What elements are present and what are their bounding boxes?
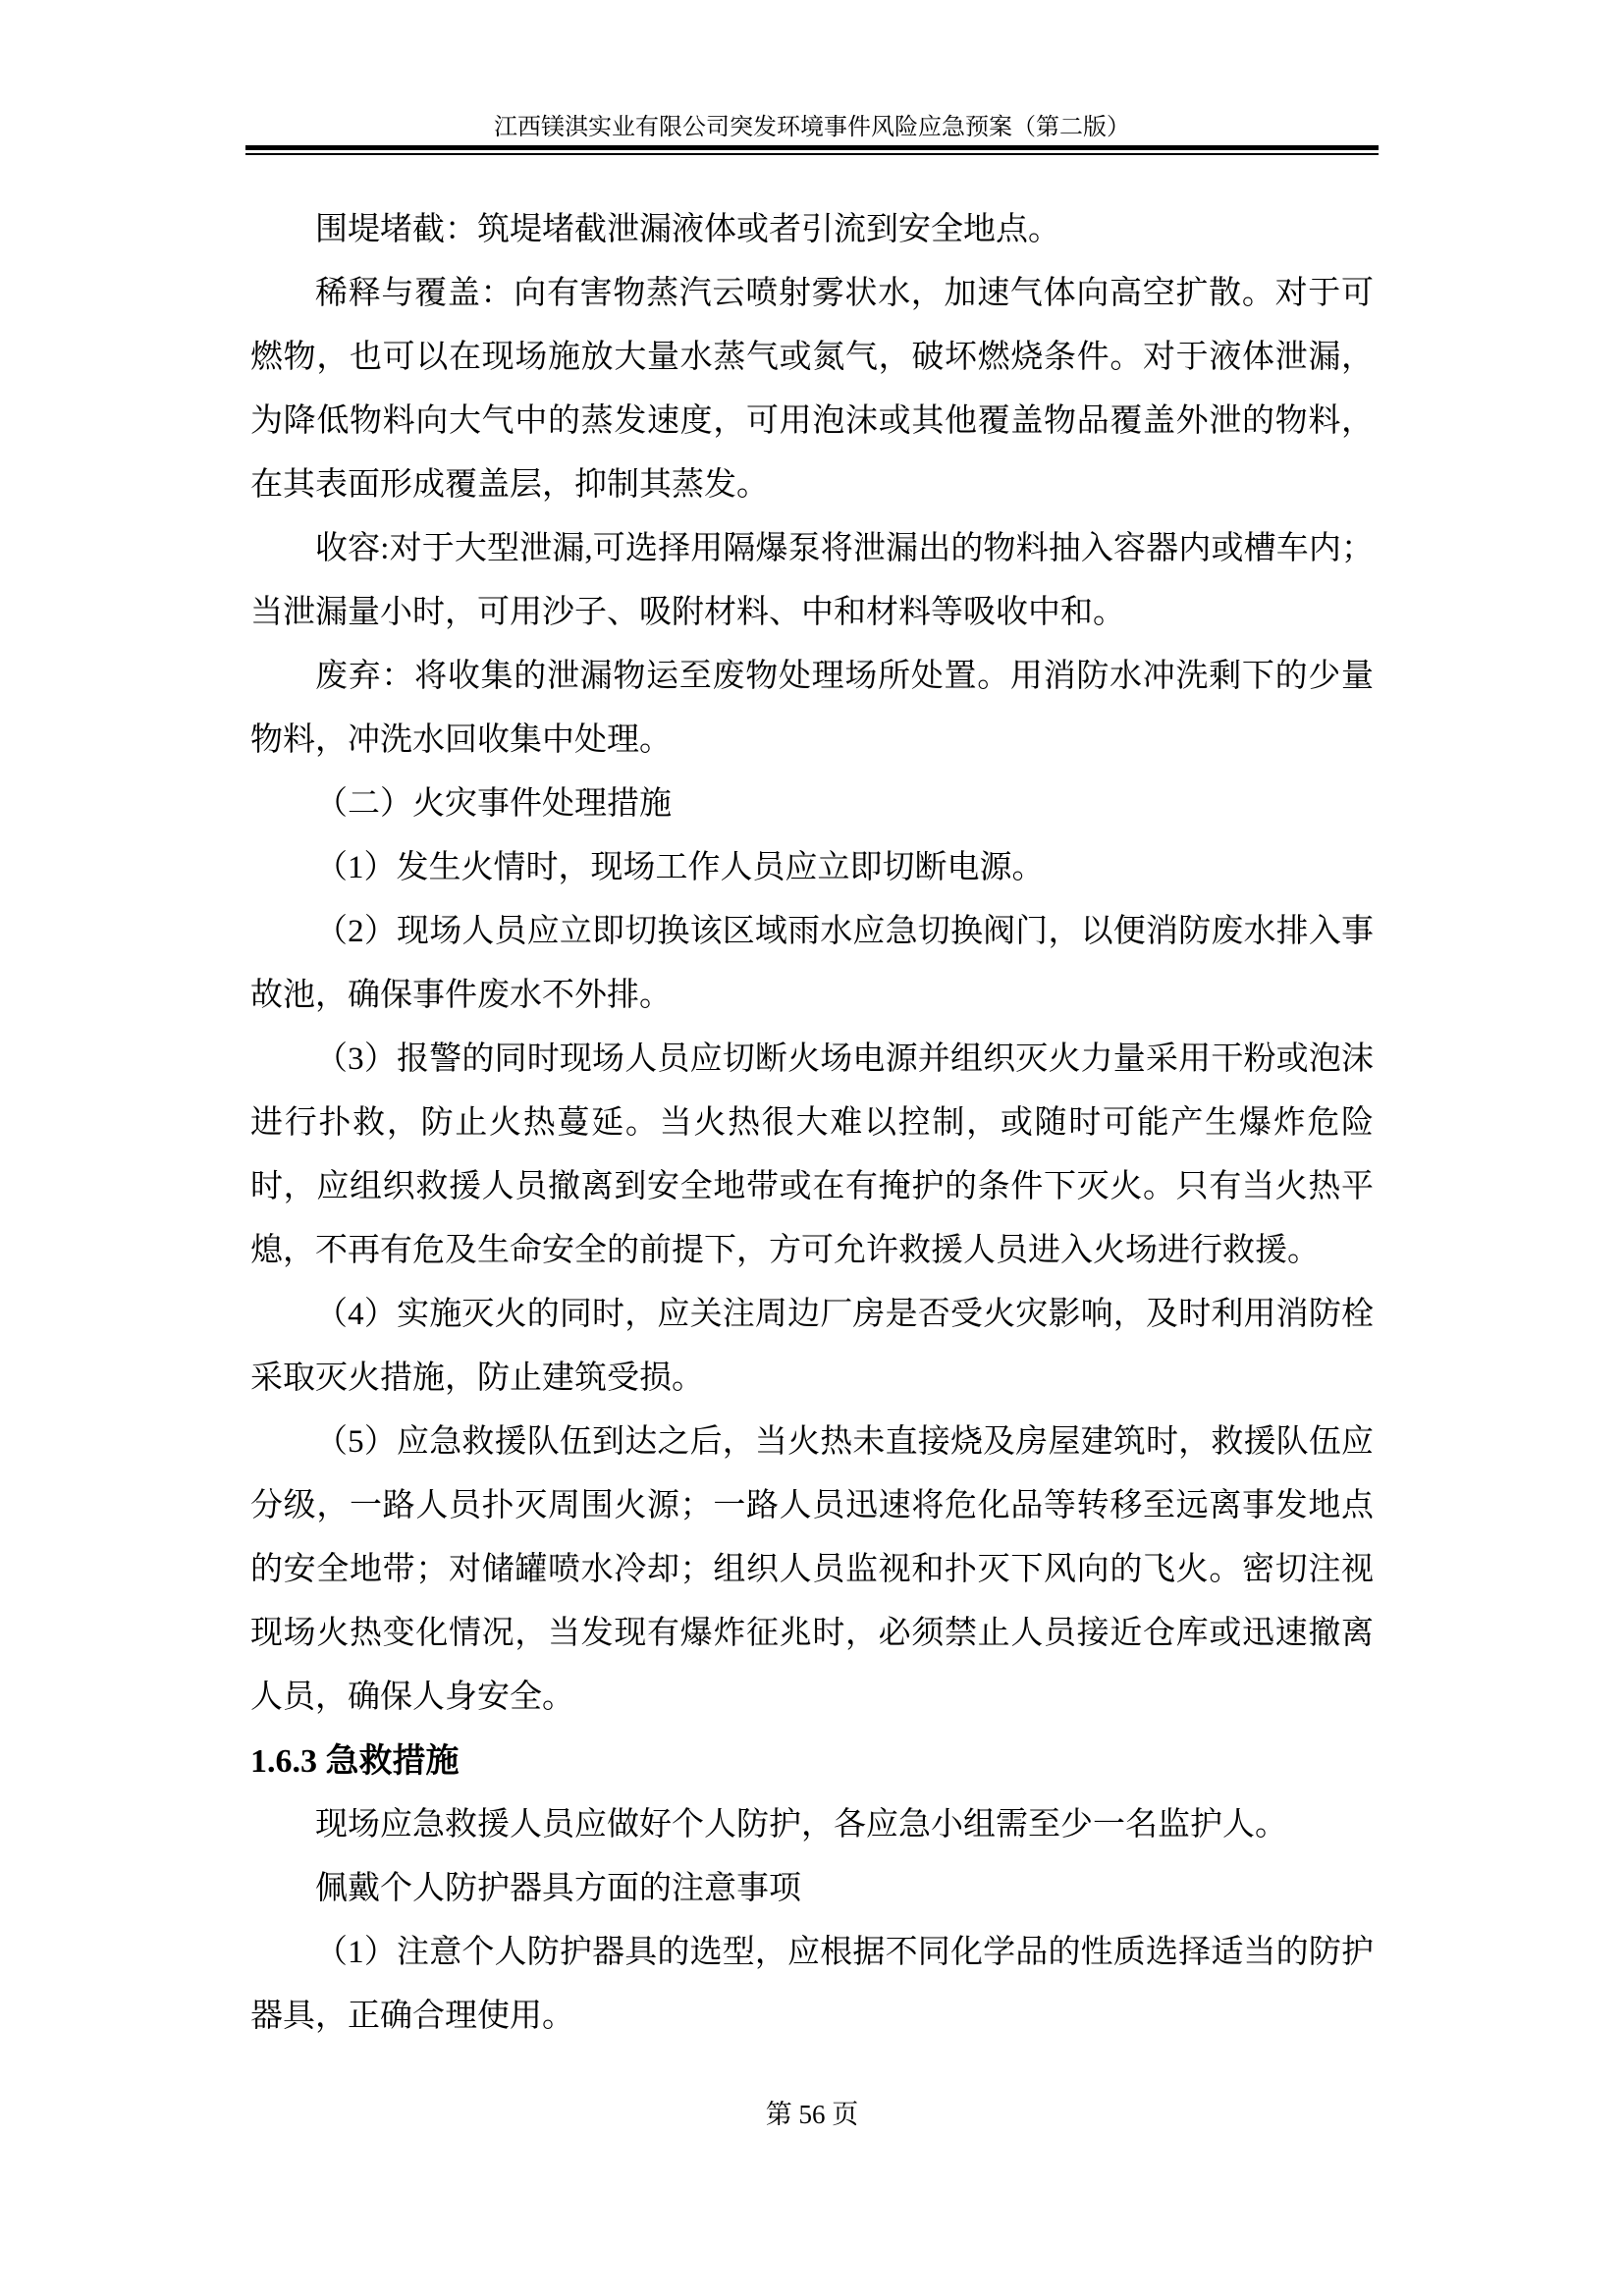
header-rule — [245, 145, 1379, 155]
paragraph: （3）报警的同时现场人员应切断火场电源并组织灭火力量采用干粉或泡沫进行扑救，防止… — [250, 1028, 1374, 1283]
paragraph: （5）应急救援队伍到达之后，当火热未直接烧及房屋建筑时，救援队伍应分级，一路人员… — [250, 1411, 1374, 1730]
section-heading: 1.6.3 急救措施 — [250, 1730, 1374, 1793]
document-body: 围堤堵截：筑堤堵截泄漏液体或者引流到安全地点。 稀释与覆盖：向有害物蒸汽云喷射雾… — [250, 198, 1374, 2049]
paragraph: 稀释与覆盖：向有害物蒸汽云喷射雾状水，加速气体向高空扩散。对于可燃物，也可以在现… — [250, 262, 1374, 517]
paragraph: （4）实施灭火的同时，应关注周边厂房是否受火灾影响，及时利用消防栓采取灭火措施，… — [250, 1283, 1374, 1411]
paragraph: （1）注意个人防护器具的选型，应根据不同化学品的性质选择适当的防护器具，正确合理… — [250, 1921, 1374, 2049]
paragraph: 收容:对于大型泄漏,可选择用隔爆泵将泄漏出的物料抽入容器内或槽车内；当泄漏量小时… — [250, 517, 1374, 645]
paragraph: （二）火灾事件处理措施 — [250, 773, 1374, 836]
header-title: 江西镁淇实业有限公司突发环境事件风险应急预案（第二版） — [0, 114, 1624, 141]
paragraph: 佩戴个人防护器具方面的注意事项 — [250, 1857, 1374, 1921]
paragraph: （2）现场人员应立即切换该区域雨水应急切换阀门，以便消防废水排入事故池，确保事件… — [250, 900, 1374, 1028]
document-page: 江西镁淇实业有限公司突发环境事件风险应急预案（第二版） 围堤堵截：筑堤堵截泄漏液… — [0, 0, 1624, 2296]
paragraph: （1）发生火情时，现场工作人员应立即切断电源。 — [250, 836, 1374, 900]
paragraph: 围堤堵截：筑堤堵截泄漏液体或者引流到安全地点。 — [250, 198, 1374, 262]
paragraph: 现场应急救援人员应做好个人防护，各应急小组需至少一名监护人。 — [250, 1793, 1374, 1857]
page-number: 第 56 页 — [766, 2100, 859, 2129]
paragraph: 废弃：将收集的泄漏物运至废物处理场所处置。用消防水冲洗剩下的少量物料，冲洗水回收… — [250, 645, 1374, 773]
page-footer: 第 56 页 — [0, 2099, 1624, 2130]
